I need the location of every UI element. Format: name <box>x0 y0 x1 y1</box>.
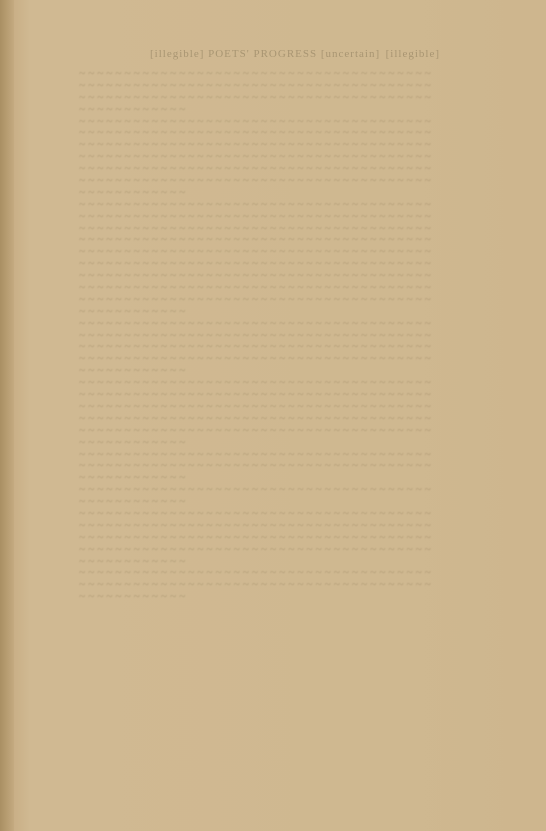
text-line: ~ ~ ~ ~ ~ ~ ~ ~ ~ ~ ~ ~ ~ ~ ~ ~ ~ ~ ~ ~ … <box>44 176 434 188</box>
text-line: ~ ~ ~ ~ ~ ~ ~ ~ ~ ~ ~ ~ ~ ~ ~ ~ ~ ~ ~ ~ … <box>44 580 434 592</box>
paragraph: ~ ~ ~ ~ ~ ~ ~ ~ ~ ~ ~ ~ ~ ~ ~ ~ ~ ~ ~ ~ … <box>44 319 434 378</box>
text-line: ~ ~ ~ ~ ~ ~ ~ ~ ~ ~ ~ ~ ~ ~ ~ ~ ~ ~ ~ ~ … <box>44 342 434 354</box>
text-line: ~ ~ ~ ~ ~ ~ ~ ~ ~ ~ ~ ~ <box>44 188 434 200</box>
text-line: ~ ~ ~ ~ ~ ~ ~ ~ ~ ~ ~ ~ ~ ~ ~ ~ ~ ~ ~ ~ … <box>44 331 434 343</box>
paragraph: ~ ~ ~ ~ ~ ~ ~ ~ ~ ~ ~ ~ ~ ~ ~ ~ ~ ~ ~ ~ … <box>44 117 434 200</box>
header-title: [illegible] POETS' PROGRESS [uncertain] <box>150 48 380 60</box>
page-gutter <box>0 0 14 831</box>
text-line: ~ ~ ~ ~ ~ ~ ~ ~ ~ ~ ~ ~ ~ ~ ~ ~ ~ ~ ~ ~ … <box>44 81 434 93</box>
running-header: [illegible] POETS' PROGRESS [uncertain] … <box>150 47 440 61</box>
text-line: ~ ~ ~ ~ ~ ~ ~ ~ ~ ~ ~ ~ ~ ~ ~ ~ ~ ~ ~ ~ … <box>44 545 434 557</box>
text-line: ~ ~ ~ ~ ~ ~ ~ ~ ~ ~ ~ ~ ~ ~ ~ ~ ~ ~ ~ ~ … <box>44 450 434 462</box>
text-line: ~ ~ ~ ~ ~ ~ ~ ~ ~ ~ ~ ~ ~ ~ ~ ~ ~ ~ ~ ~ … <box>44 354 434 366</box>
text-line: ~ ~ ~ ~ ~ ~ ~ ~ ~ ~ ~ ~ ~ ~ ~ ~ ~ ~ ~ ~ … <box>44 533 434 545</box>
book-page: [illegible] POETS' PROGRESS [uncertain] … <box>0 0 546 831</box>
text-line: ~ ~ ~ ~ ~ ~ ~ ~ ~ ~ ~ ~ ~ ~ ~ ~ ~ ~ ~ ~ … <box>44 128 434 140</box>
body-text: ~ ~ ~ ~ ~ ~ ~ ~ ~ ~ ~ ~ ~ ~ ~ ~ ~ ~ ~ ~ … <box>44 69 434 604</box>
text-line: ~ ~ ~ ~ ~ ~ ~ ~ ~ ~ ~ ~ ~ ~ ~ ~ ~ ~ ~ ~ … <box>44 69 434 81</box>
text-line: ~ ~ ~ ~ ~ ~ ~ ~ ~ ~ ~ ~ ~ ~ ~ ~ ~ ~ ~ ~ … <box>44 426 434 438</box>
text-line: ~ ~ ~ ~ ~ ~ ~ ~ ~ ~ ~ ~ ~ ~ ~ ~ ~ ~ ~ ~ … <box>44 164 434 176</box>
page-number: [illegible] <box>386 48 440 60</box>
text-line: ~ ~ ~ ~ ~ ~ ~ ~ ~ ~ ~ ~ ~ ~ ~ ~ ~ ~ ~ ~ … <box>44 271 434 283</box>
text-line: ~ ~ ~ ~ ~ ~ ~ ~ ~ ~ ~ ~ <box>44 557 434 569</box>
paragraph: ~ ~ ~ ~ ~ ~ ~ ~ ~ ~ ~ ~ ~ ~ ~ ~ ~ ~ ~ ~ … <box>44 568 434 604</box>
text-line: ~ ~ ~ ~ ~ ~ ~ ~ ~ ~ ~ ~ <box>44 592 434 604</box>
text-line: ~ ~ ~ ~ ~ ~ ~ ~ ~ ~ ~ ~ <box>44 473 434 485</box>
text-line: ~ ~ ~ ~ ~ ~ ~ ~ ~ ~ ~ ~ <box>44 307 434 319</box>
text-line: ~ ~ ~ ~ ~ ~ ~ ~ ~ ~ ~ ~ ~ ~ ~ ~ ~ ~ ~ ~ … <box>44 140 434 152</box>
text-line: ~ ~ ~ ~ ~ ~ ~ ~ ~ ~ ~ ~ ~ ~ ~ ~ ~ ~ ~ ~ … <box>44 224 434 236</box>
text-line: ~ ~ ~ ~ ~ ~ ~ ~ ~ ~ ~ ~ ~ ~ ~ ~ ~ ~ ~ ~ … <box>44 461 434 473</box>
text-line: ~ ~ ~ ~ ~ ~ ~ ~ ~ ~ ~ ~ ~ ~ ~ ~ ~ ~ ~ ~ … <box>44 402 434 414</box>
paragraph: ~ ~ ~ ~ ~ ~ ~ ~ ~ ~ ~ ~ ~ ~ ~ ~ ~ ~ ~ ~ … <box>44 509 434 568</box>
text-line: ~ ~ ~ ~ ~ ~ ~ ~ ~ ~ ~ ~ ~ ~ ~ ~ ~ ~ ~ ~ … <box>44 568 434 580</box>
text-line: ~ ~ ~ ~ ~ ~ ~ ~ ~ ~ ~ ~ ~ ~ ~ ~ ~ ~ ~ ~ … <box>44 259 434 271</box>
text-line: ~ ~ ~ ~ ~ ~ ~ ~ ~ ~ ~ ~ ~ ~ ~ ~ ~ ~ ~ ~ … <box>44 509 434 521</box>
text-line: ~ ~ ~ ~ ~ ~ ~ ~ ~ ~ ~ ~ ~ ~ ~ ~ ~ ~ ~ ~ … <box>44 521 434 533</box>
text-line: ~ ~ ~ ~ ~ ~ ~ ~ ~ ~ ~ ~ ~ ~ ~ ~ ~ ~ ~ ~ … <box>44 378 434 390</box>
text-line: ~ ~ ~ ~ ~ ~ ~ ~ ~ ~ ~ ~ ~ ~ ~ ~ ~ ~ ~ ~ … <box>44 319 434 331</box>
paragraph: ~ ~ ~ ~ ~ ~ ~ ~ ~ ~ ~ ~ ~ ~ ~ ~ ~ ~ ~ ~ … <box>44 69 434 117</box>
text-line: ~ ~ ~ ~ ~ ~ ~ ~ ~ ~ ~ ~ ~ ~ ~ ~ ~ ~ ~ ~ … <box>44 295 434 307</box>
text-line: ~ ~ ~ ~ ~ ~ ~ ~ ~ ~ ~ ~ ~ ~ ~ ~ ~ ~ ~ ~ … <box>44 117 434 129</box>
paragraph: ~ ~ ~ ~ ~ ~ ~ ~ ~ ~ ~ ~ ~ ~ ~ ~ ~ ~ ~ ~ … <box>44 450 434 486</box>
text-line: ~ ~ ~ ~ ~ ~ ~ ~ ~ ~ ~ ~ <box>44 438 434 450</box>
text-line: ~ ~ ~ ~ ~ ~ ~ ~ ~ ~ ~ ~ ~ ~ ~ ~ ~ ~ ~ ~ … <box>44 235 434 247</box>
text-line: ~ ~ ~ ~ ~ ~ ~ ~ ~ ~ ~ ~ ~ ~ ~ ~ ~ ~ ~ ~ … <box>44 283 434 295</box>
text-line: ~ ~ ~ ~ ~ ~ ~ ~ ~ ~ ~ ~ <box>44 497 434 509</box>
text-line: ~ ~ ~ ~ ~ ~ ~ ~ ~ ~ ~ ~ ~ ~ ~ ~ ~ ~ ~ ~ … <box>44 247 434 259</box>
text-line: ~ ~ ~ ~ ~ ~ ~ ~ ~ ~ ~ ~ <box>44 105 434 117</box>
paragraph: ~ ~ ~ ~ ~ ~ ~ ~ ~ ~ ~ ~ ~ ~ ~ ~ ~ ~ ~ ~ … <box>44 485 434 509</box>
text-line: ~ ~ ~ ~ ~ ~ ~ ~ ~ ~ ~ ~ ~ ~ ~ ~ ~ ~ ~ ~ … <box>44 414 434 426</box>
text-line: ~ ~ ~ ~ ~ ~ ~ ~ ~ ~ ~ ~ ~ ~ ~ ~ ~ ~ ~ ~ … <box>44 200 434 212</box>
text-line: ~ ~ ~ ~ ~ ~ ~ ~ ~ ~ ~ ~ ~ ~ ~ ~ ~ ~ ~ ~ … <box>44 152 434 164</box>
text-line: ~ ~ ~ ~ ~ ~ ~ ~ ~ ~ ~ ~ ~ ~ ~ ~ ~ ~ ~ ~ … <box>44 212 434 224</box>
paragraph: ~ ~ ~ ~ ~ ~ ~ ~ ~ ~ ~ ~ ~ ~ ~ ~ ~ ~ ~ ~ … <box>44 200 434 319</box>
text-line: ~ ~ ~ ~ ~ ~ ~ ~ ~ ~ ~ ~ <box>44 366 434 378</box>
text-line: ~ ~ ~ ~ ~ ~ ~ ~ ~ ~ ~ ~ ~ ~ ~ ~ ~ ~ ~ ~ … <box>44 93 434 105</box>
text-line: ~ ~ ~ ~ ~ ~ ~ ~ ~ ~ ~ ~ ~ ~ ~ ~ ~ ~ ~ ~ … <box>44 390 434 402</box>
paragraph: ~ ~ ~ ~ ~ ~ ~ ~ ~ ~ ~ ~ ~ ~ ~ ~ ~ ~ ~ ~ … <box>44 378 434 449</box>
text-line: ~ ~ ~ ~ ~ ~ ~ ~ ~ ~ ~ ~ ~ ~ ~ ~ ~ ~ ~ ~ … <box>44 485 434 497</box>
